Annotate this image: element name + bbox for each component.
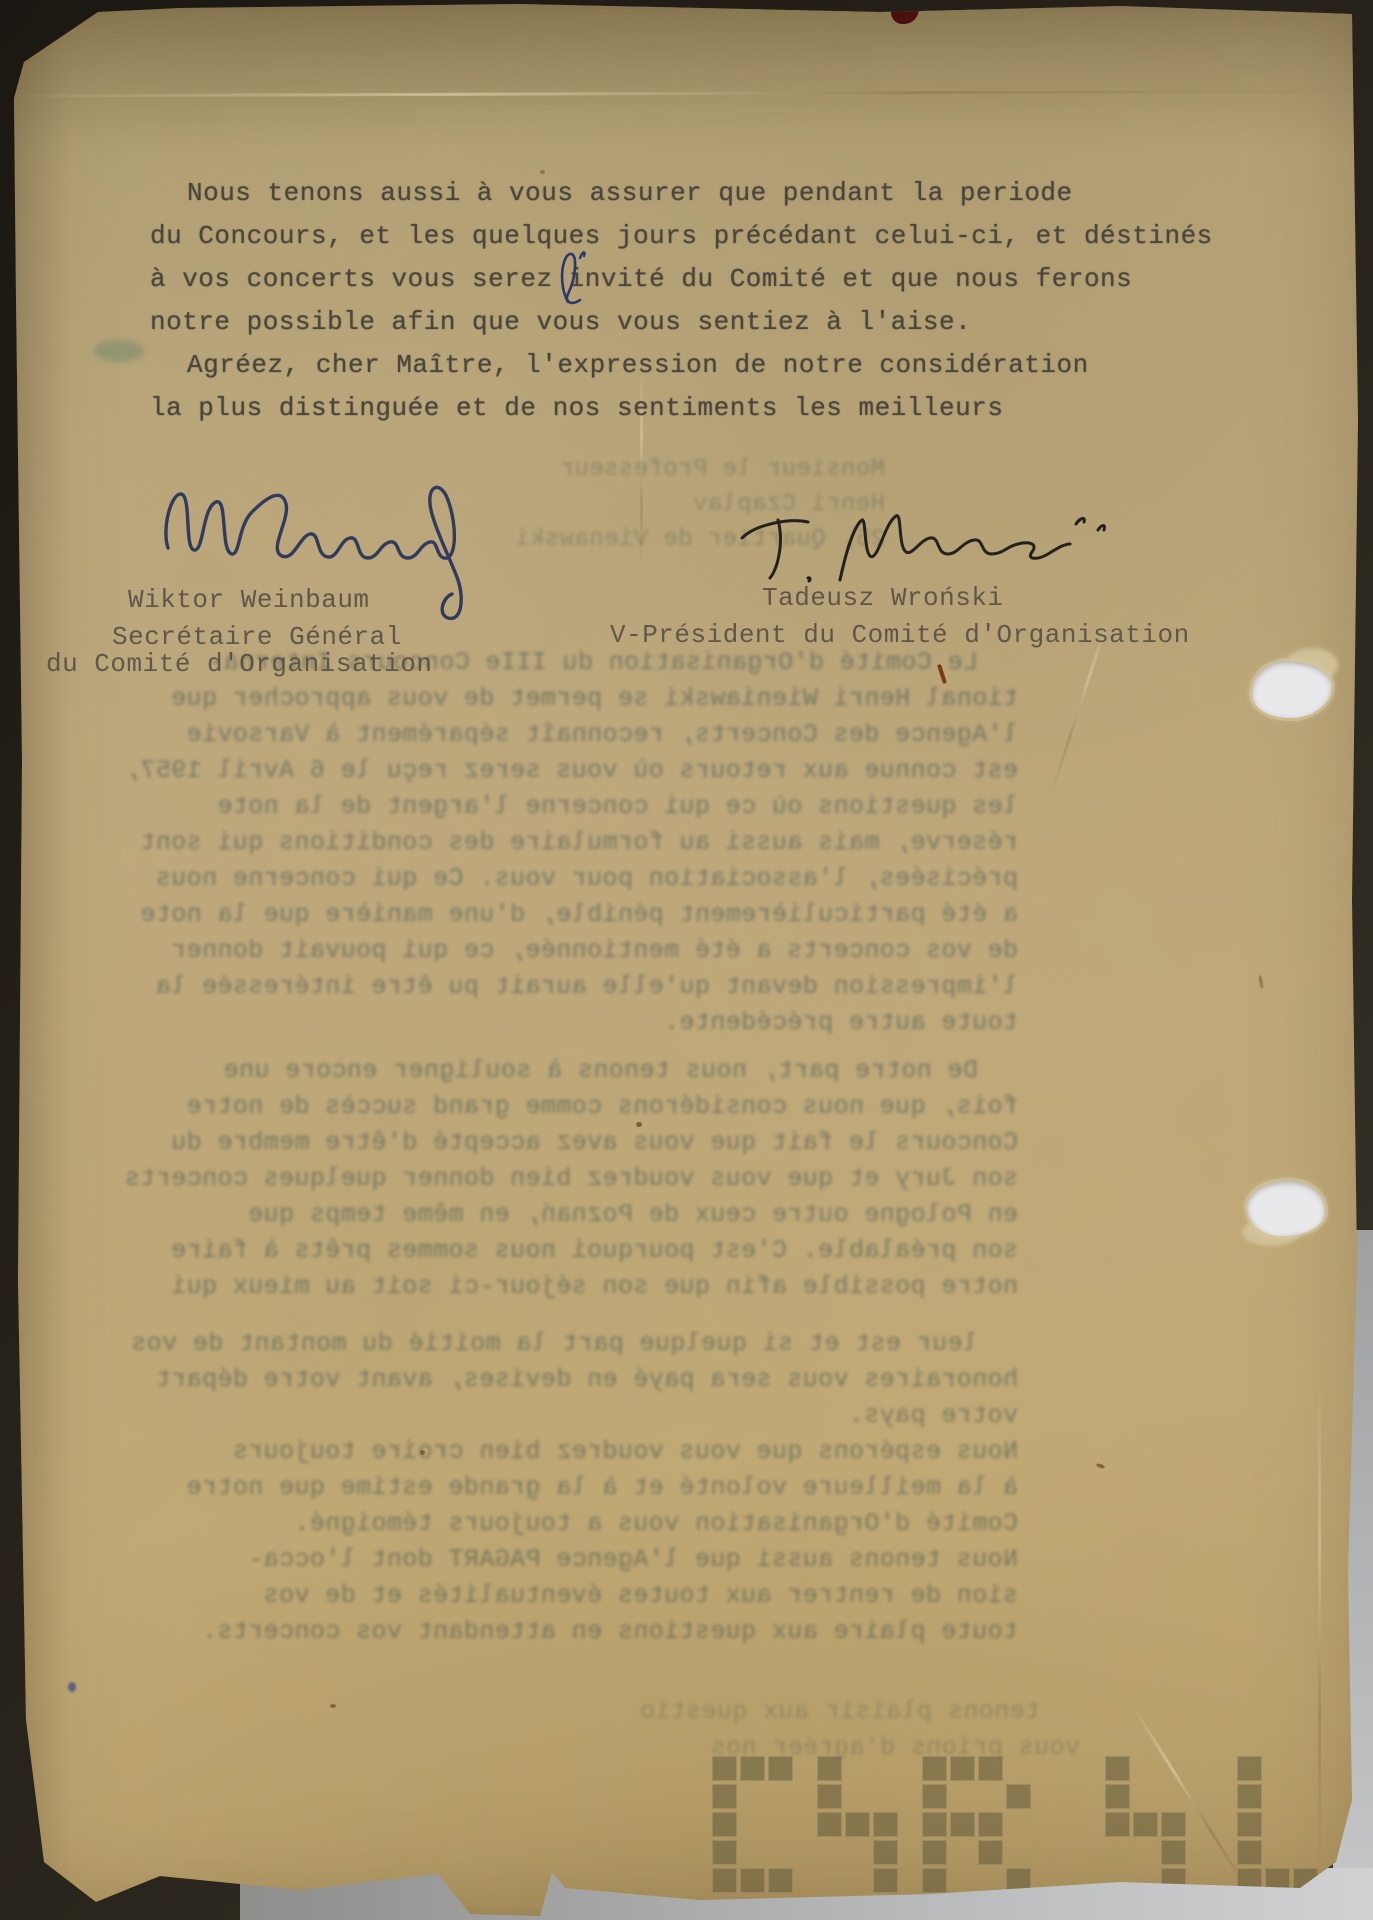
watermark-gap bbox=[1133, 1840, 1158, 1865]
text-line: leur est et si quelque part la moitié du… bbox=[90, 1326, 1018, 1362]
watermark-gap bbox=[817, 1840, 842, 1865]
watermark-block bbox=[873, 1868, 898, 1893]
hole-punch-bottom bbox=[1247, 1181, 1325, 1236]
text-line: notre possible afin que vous vous sentie… bbox=[150, 301, 1213, 344]
watermark-gap bbox=[845, 1840, 870, 1865]
text-line: votre pays. bbox=[90, 1398, 1018, 1434]
watermark-gap bbox=[1265, 1840, 1290, 1865]
paper-speck bbox=[330, 1704, 336, 1708]
watermark-letter-Y bbox=[817, 1756, 901, 1896]
text-line: toute autre précédente. bbox=[90, 1005, 1018, 1041]
watermark-gap bbox=[1161, 1784, 1186, 1809]
watermark-gap bbox=[1133, 1756, 1158, 1781]
watermark-gap bbox=[1006, 1756, 1031, 1781]
text-line: honoraires vous sera payé en devises, av… bbox=[90, 1362, 1018, 1398]
watermark-gap bbox=[768, 1812, 793, 1837]
text-line: du Concours, et les quelques jours précé… bbox=[150, 215, 1213, 258]
paper-speck bbox=[1258, 975, 1264, 989]
watermark-gap bbox=[1006, 1812, 1031, 1837]
watermark-gap bbox=[845, 1784, 870, 1809]
text-line: la plus distinguée et de nos sentiments … bbox=[150, 387, 1089, 430]
watermark-gap bbox=[873, 1756, 898, 1781]
watermark-gap bbox=[1265, 1784, 1290, 1809]
watermark-block bbox=[845, 1812, 870, 1837]
watermark-block bbox=[950, 1812, 975, 1837]
text-line: les questions où ce qui concerne l'argen… bbox=[90, 789, 1018, 825]
text-line: à vos concerts vous serez invité du Comi… bbox=[150, 258, 1213, 301]
watermark-letter-L bbox=[1237, 1756, 1321, 1896]
paper-speck bbox=[420, 1450, 425, 1455]
text-line: toute plaire aux questions en attendant … bbox=[90, 1614, 1018, 1650]
text-line: tenons plaisir aux questions en bbox=[640, 1694, 1080, 1730]
watermark-block bbox=[1237, 1840, 1262, 1865]
text-line: Monsieur le Professeur bbox=[505, 452, 885, 487]
handwritten-insertion-l-apostrophe bbox=[546, 244, 592, 310]
watermark-gap bbox=[1293, 1812, 1318, 1837]
watermark-block bbox=[1105, 1756, 1130, 1781]
watermark-block bbox=[768, 1868, 793, 1893]
text-line: sion de rentrer aux toutes éventualités … bbox=[90, 1578, 1018, 1614]
watermark-gap bbox=[740, 1812, 765, 1837]
text-line: en Pologne outre ceux de Poznań, en même… bbox=[90, 1197, 1018, 1233]
watermark-block bbox=[712, 1840, 737, 1865]
watermark-block bbox=[873, 1840, 898, 1865]
text-line: tional Henri Wieniawski se permet de vou… bbox=[90, 681, 1018, 717]
watermark-gap bbox=[1293, 1756, 1318, 1781]
watermark-block bbox=[817, 1812, 842, 1837]
watermark-block bbox=[978, 1840, 1003, 1865]
watermark-gap bbox=[845, 1756, 870, 1781]
watermark-block bbox=[1237, 1756, 1262, 1781]
bleedthrough-paragraph-1: Le Comité d'Organisation du IIIe Concour… bbox=[90, 645, 1018, 1041]
watermark-block bbox=[740, 1756, 765, 1781]
text-line: son préalable. C'est pourquoi nous somme… bbox=[90, 1233, 1018, 1269]
watermark-block bbox=[1006, 1784, 1031, 1809]
watermark-letter-C bbox=[712, 1756, 796, 1896]
watermark-block bbox=[922, 1868, 947, 1893]
text-line: de vos concerts a été mentionnée, ce qui… bbox=[90, 933, 1018, 969]
text-line: Nous espérons que vous voudrez bien croi… bbox=[90, 1434, 1018, 1470]
watermark-gap bbox=[1161, 1756, 1186, 1781]
watermark-letter-Y bbox=[1105, 1756, 1189, 1896]
left-signatory-org: du Comité d'Organisation bbox=[46, 649, 432, 679]
watermark-block bbox=[768, 1756, 793, 1781]
watermark-gap bbox=[873, 1784, 898, 1809]
watermark-block bbox=[1105, 1812, 1130, 1837]
watermark-block bbox=[922, 1812, 947, 1837]
hole-punch-top bbox=[1252, 661, 1332, 718]
watermark-letter-R bbox=[922, 1756, 1034, 1896]
text-line: De notre part, nous tenons à souligner e… bbox=[90, 1053, 1018, 1089]
watermark-gap bbox=[740, 1840, 765, 1865]
watermark-block bbox=[978, 1756, 1003, 1781]
watermark-block bbox=[922, 1756, 947, 1781]
text-line: est connue aux retours où vous serez reç… bbox=[90, 753, 1018, 789]
watermark-block bbox=[922, 1784, 947, 1809]
paper-top-shading bbox=[0, 0, 1373, 150]
right-signatory-title: V-Président du Comité d'Organisation bbox=[610, 620, 1190, 650]
watermark-block bbox=[712, 1756, 737, 1781]
watermark-gap bbox=[817, 1868, 842, 1893]
paper-speck bbox=[1096, 1463, 1106, 1470]
watermark-gap bbox=[740, 1784, 765, 1809]
watermark-block bbox=[740, 1868, 765, 1893]
text-line: précisées, l'association pour vous. Ce q… bbox=[90, 861, 1018, 897]
text-line: Concours le fait que vous avez accepté d… bbox=[90, 1125, 1018, 1161]
text-line: réserve, mais aussi au formulaire des co… bbox=[90, 825, 1018, 861]
watermark-block bbox=[1237, 1784, 1262, 1809]
bleedthrough-paragraph-3: leur est et si quelque part la moitié du… bbox=[90, 1326, 1018, 1650]
text-line: Nous tenons aussi à vous assurer que pen… bbox=[150, 172, 1213, 215]
paper-sheet: Monsieur le ProfesseurHenri Czaplav25, Q… bbox=[0, 0, 1373, 1920]
watermark-block bbox=[1237, 1812, 1262, 1837]
watermark-gap bbox=[950, 1784, 975, 1809]
watermark-gap bbox=[950, 1868, 975, 1893]
watermark-gap bbox=[1265, 1812, 1290, 1837]
left-signatory-title: Secrétaire Général bbox=[112, 622, 402, 652]
cyryl-watermark bbox=[712, 1756, 1337, 1896]
watermark-block bbox=[817, 1784, 842, 1809]
bleedthrough-paragraph-2: De notre part, nous tenons à souligner e… bbox=[90, 1053, 1018, 1305]
watermark-gap bbox=[1293, 1784, 1318, 1809]
text-line: a été particulièrement pénible, d'une ma… bbox=[90, 897, 1018, 933]
watermark-gap bbox=[845, 1868, 870, 1893]
letter-paragraph-2: Agréez, cher Maître, l'expression de not… bbox=[150, 344, 1089, 430]
watermark-gap bbox=[950, 1840, 975, 1865]
watermark-block bbox=[1161, 1812, 1186, 1837]
signature-wiktor-weinbaum bbox=[140, 452, 470, 647]
text-line: Comité d'Organisation vous a toujours té… bbox=[90, 1506, 1018, 1542]
blue-ink-dot bbox=[68, 1682, 76, 1692]
text-line: Agréez, cher Maître, l'expression de not… bbox=[150, 344, 1089, 387]
text-line: l'Agence des Concerts, reconnaît séparém… bbox=[90, 717, 1018, 753]
paper-speck bbox=[636, 1122, 642, 1127]
paper-speck bbox=[540, 170, 545, 174]
watermark-gap bbox=[1133, 1784, 1158, 1809]
watermark-gap bbox=[768, 1784, 793, 1809]
text-line: son Jury et que vous voudrez bien donner… bbox=[90, 1161, 1018, 1197]
letter-paragraph-1: Nous tenons aussi à vous assurer que pen… bbox=[150, 172, 1213, 344]
right-signatory-name: Tadeusz Wroński bbox=[762, 583, 1004, 613]
text-line: à la meilleure volonté et à la grande es… bbox=[90, 1470, 1018, 1506]
watermark-block bbox=[950, 1756, 975, 1781]
watermark-block bbox=[1105, 1784, 1130, 1809]
watermark-gap bbox=[1105, 1840, 1130, 1865]
watermark-block bbox=[1161, 1840, 1186, 1865]
watermark-block bbox=[817, 1756, 842, 1781]
text-line: fois, que nous considérons comme grand s… bbox=[90, 1089, 1018, 1125]
left-signatory-name: Wiktor Weinbaum bbox=[128, 585, 370, 615]
watermark-block bbox=[922, 1840, 947, 1865]
teal-smudge bbox=[94, 340, 144, 362]
text-line: Nous tenons aussi que l'Agence PAGART do… bbox=[90, 1542, 1018, 1578]
watermark-block bbox=[712, 1812, 737, 1837]
watermark-block bbox=[712, 1784, 737, 1809]
text-line: notre possible afin que son séjour-ci so… bbox=[90, 1269, 1018, 1305]
watermark-block bbox=[712, 1868, 737, 1893]
watermark-block bbox=[873, 1812, 898, 1837]
watermark-gap bbox=[1265, 1756, 1290, 1781]
watermark-block bbox=[1133, 1812, 1158, 1837]
watermark-gap bbox=[1293, 1840, 1318, 1865]
watermark-block bbox=[978, 1812, 1003, 1837]
watermark-gap bbox=[768, 1840, 793, 1865]
scanned-letter-page: Monsieur le ProfesseurHenri Czaplav25, Q… bbox=[0, 0, 1373, 1920]
text-line: l'impression devant qu'elle aurait pu êt… bbox=[90, 969, 1018, 1005]
watermark-gap bbox=[978, 1784, 1003, 1809]
watermark-gap bbox=[1006, 1840, 1031, 1865]
watermark-gap bbox=[978, 1868, 1003, 1893]
